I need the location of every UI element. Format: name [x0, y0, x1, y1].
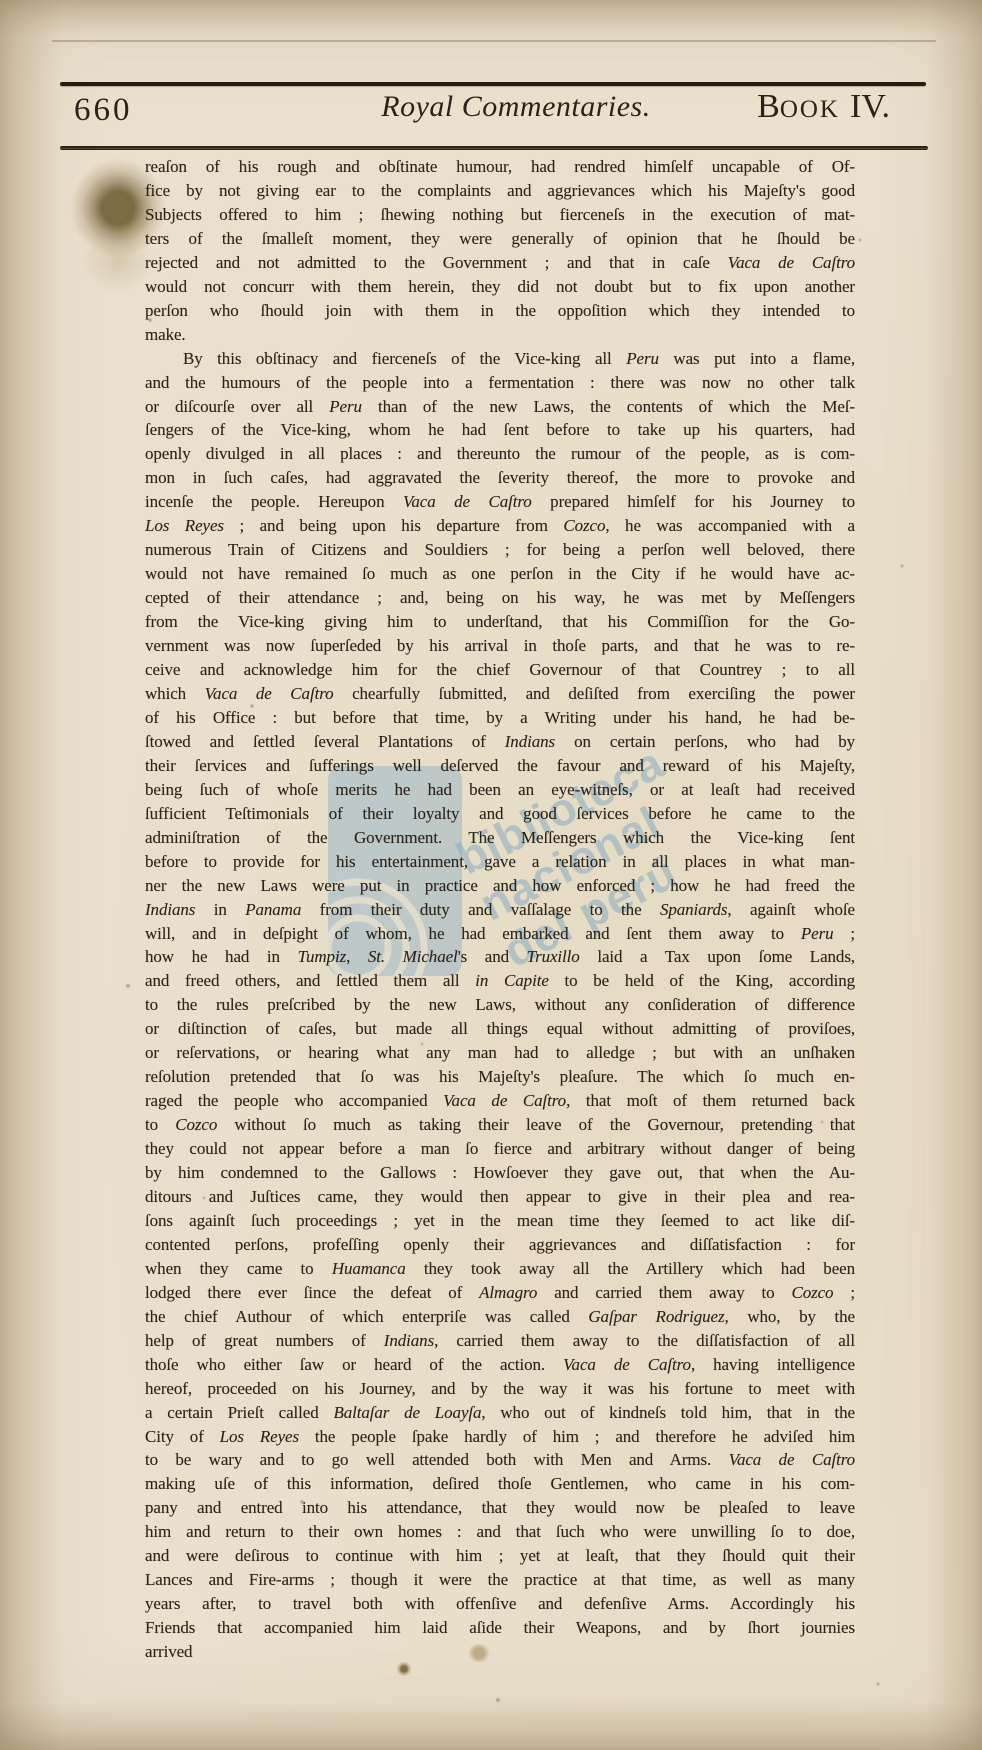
roman-text: to: [145, 1115, 175, 1134]
roman-text: on certain perſons, who had by: [555, 732, 855, 751]
roman-text: make.: [145, 325, 186, 344]
roman-text: ſengers of the Vice-king, whom he had ſe…: [145, 420, 855, 439]
roman-text: , who, by the: [725, 1307, 855, 1326]
text-line: him and return to their own homes : and …: [145, 1520, 855, 1544]
roman-text: thoſe who either ſaw or heard of the act…: [145, 1355, 563, 1374]
text-line: Indians in Panama from their duty and va…: [145, 898, 855, 922]
roman-text: fice by not giving ear to the complaints…: [145, 181, 855, 200]
text-line: perſon who ſhould join with them in the …: [145, 299, 855, 323]
text-line: By this obſtinacy and fierceneſs of the …: [145, 347, 855, 371]
text-line: will, and in deſpight of whom, he had em…: [145, 922, 855, 946]
roman-text: and carried them away to: [537, 1283, 791, 1302]
roman-text: reaſon of his rough and obſtinate humour…: [145, 157, 855, 176]
text-line: cepted of their attendance ; and, being …: [145, 586, 855, 610]
roman-text: or diſcourſe over all: [145, 397, 329, 416]
page-header: 660 Royal Commentaries. BOOKIV.: [60, 86, 922, 142]
text-line: numerous Train of Citizens and Souldiers…: [145, 538, 855, 562]
roman-text: City of: [145, 1427, 220, 1446]
text-line: to Cozco without ſo much as taking their…: [145, 1113, 855, 1137]
roman-text: openly divulged in all places : and ther…: [145, 444, 855, 463]
roman-text: making uſe of this information, deſired …: [145, 1474, 855, 1493]
italic-text: Tumpiz: [298, 947, 347, 966]
roman-text: Friends that accompanied him laid aſide …: [145, 1618, 855, 1637]
roman-text: ner the new Laws were put in practice an…: [145, 876, 855, 895]
roman-text: when they came to: [145, 1259, 332, 1278]
text-line: by him condemned to the Gallows : Howſoe…: [145, 1161, 855, 1185]
roman-text: , having intelligence: [691, 1355, 855, 1374]
roman-text: raged the people who accompanied: [145, 1091, 443, 1110]
italic-text: Peru: [329, 397, 362, 416]
text-line: raged the people who accompanied Vaca de…: [145, 1089, 855, 1113]
roman-text: before to provide for his entertainment,…: [145, 852, 855, 871]
roman-text: or diſtinction of caſes, but made all th…: [145, 1019, 855, 1038]
book-page: 660 Royal Commentaries. BOOKIV. bibliote…: [0, 0, 982, 1750]
roman-text: , againſt whoſe: [727, 900, 855, 919]
italic-text: Cozco: [175, 1115, 217, 1134]
italic-text: in Capite: [475, 971, 549, 990]
text-line: ſengers of the Vice-king, whom he had ſe…: [145, 418, 855, 442]
roman-text: lodged there ever ſince the defeat of: [145, 1283, 479, 1302]
italic-text: Indians: [384, 1331, 434, 1350]
text-line: how he had in Tumpiz, St. Michael's and …: [145, 945, 855, 969]
roman-text: rejected and not admitted to the Governm…: [145, 253, 728, 272]
italic-text: Vaca de Caſtro: [443, 1091, 566, 1110]
book-label: BOOKIV.: [757, 88, 890, 126]
roman-text: Subjects offered to him ; ſhewing nothin…: [145, 205, 855, 224]
roman-text: years after, to travel both with offenſi…: [145, 1594, 855, 1613]
text-line: being ſuch of whoſe merits he had been a…: [145, 778, 855, 802]
text-line: and the humours of the people into a fer…: [145, 371, 855, 395]
text-line: Subjects offered to him ; ſhewing nothin…: [145, 203, 855, 227]
roman-text: , that moſt of them returned back: [566, 1091, 855, 1110]
text-line: ſufficient Teſtimonials of their loyalty…: [145, 802, 855, 826]
text-line: contented perſons, profeſſing openly the…: [145, 1233, 855, 1257]
text-line: help of great numbers of Indians, carrie…: [145, 1329, 855, 1353]
text-line: of his Office : but before that time, by…: [145, 706, 855, 730]
roman-text: or reſervations, or hearing what any man…: [145, 1043, 855, 1062]
text-line: to the rules preſcribed by the new Laws,…: [145, 993, 855, 1017]
text-line: or reſervations, or hearing what any man…: [145, 1041, 855, 1065]
header-rule-top: [60, 82, 926, 86]
italic-text: Huamanca: [332, 1259, 406, 1278]
roman-text: mon in ſuch caſes, had aggravated the ſe…: [145, 468, 855, 487]
text-line: reſolution pretended that ſo was his Maj…: [145, 1065, 855, 1089]
roman-text: , carried them away to the diſſatisfacti…: [434, 1331, 855, 1350]
roman-text: prepared himſelf for his Journey to: [532, 492, 855, 511]
roman-text: pany and entred into his attendance, tha…: [145, 1498, 855, 1517]
text-line: fice by not giving ear to the complaints…: [145, 179, 855, 203]
text-line: from the Vice-king giving him to underſt…: [145, 610, 855, 634]
roman-text: chearfully ſubmitted, and deſiſted from …: [333, 684, 855, 703]
italic-text: Spaniards: [660, 900, 727, 919]
roman-text: incenſe the people. Hereupon: [145, 492, 403, 511]
text-line: ditours and Juſtices came, they would th…: [145, 1185, 855, 1209]
roman-text: which: [145, 684, 205, 703]
italic-text: Panama: [245, 900, 301, 919]
text-line: their ſervices and ſufferings well deſer…: [145, 754, 855, 778]
italic-text: Los Reyes: [220, 1427, 299, 1446]
text-line: City of Los Reyes the people ſpake hardl…: [145, 1425, 855, 1449]
italic-text: St. Michael: [368, 947, 458, 966]
roman-text: , who out of kindneſs told him, that in …: [481, 1403, 855, 1422]
roman-text: to be held of the King, according: [549, 971, 855, 990]
italic-text: Vaca de Caſtro: [729, 1450, 855, 1469]
italic-text: Truxillo: [527, 947, 580, 966]
roman-text: By this obſtinacy and fierceneſs of the …: [183, 349, 626, 368]
roman-text: ſufficient Teſtimonials of their loyalty…: [145, 804, 855, 823]
roman-text: ;: [833, 1283, 855, 1302]
text-line: would not concurr with them herein, they…: [145, 275, 855, 299]
text-line: years after, to travel both with offenſi…: [145, 1592, 855, 1616]
book-word-initial: B: [757, 88, 780, 125]
roman-text: and the humours of the people into a fer…: [145, 373, 855, 392]
roman-text: to be wary and to go well attended both …: [145, 1450, 729, 1469]
text-line: ſtowed and ſettled ſeveral Plantations o…: [145, 730, 855, 754]
text-line: they could not appear before a man ſo fi…: [145, 1137, 855, 1161]
roman-text: numerous Train of Citizens and Souldiers…: [145, 540, 855, 559]
text-block: reaſon of his rough and obſtinate humour…: [145, 155, 855, 1664]
text-line: Lances and Fire-arms ; though it were th…: [145, 1568, 855, 1592]
book-number: IV.: [850, 88, 890, 125]
text-line: mon in ſuch caſes, had aggravated the ſe…: [145, 466, 855, 490]
roman-text: cepted of their attendance ; and, being …: [145, 588, 855, 607]
text-line: make.: [145, 323, 855, 347]
page-edge-rule: [52, 40, 936, 42]
text-line: to be wary and to go well attended both …: [145, 1448, 855, 1472]
italic-text: Cozco: [563, 516, 605, 535]
text-line: lodged there ever ſince the defeat of Al…: [145, 1281, 855, 1305]
italic-text: Baltaſar de Loayſa: [333, 1403, 481, 1422]
roman-text: from the Vice-king giving him to underſt…: [145, 612, 855, 631]
italic-text: Vaca de Caſtro: [563, 1355, 691, 1374]
text-line: adminiſtration of the Government. The Me…: [145, 826, 855, 850]
roman-text: and were deſirous to continue with him ;…: [145, 1546, 855, 1565]
italic-text: Indians: [505, 732, 555, 751]
text-line: Friends that accompanied him laid aſide …: [145, 1616, 855, 1640]
roman-text: would not have remained ſo much as one p…: [145, 564, 855, 583]
roman-text: the chief Authour of which enterpriſe wa…: [145, 1307, 588, 1326]
roman-text: and freed others, and ſettled them all: [145, 971, 475, 990]
roman-text: ; and being upon his departure from: [224, 516, 563, 535]
italic-text: Peru: [801, 924, 834, 943]
text-line: reaſon of his rough and obſtinate humour…: [145, 155, 855, 179]
roman-text: a certain Prieſt called: [145, 1403, 333, 1422]
text-line: making uſe of this information, deſired …: [145, 1472, 855, 1496]
roman-text: perſon who ſhould join with them in the …: [145, 301, 855, 320]
text-line: vernment was now ſuperſeded by his arriv…: [145, 634, 855, 658]
text-line: or diſcourſe over all Peru than of the n…: [145, 395, 855, 419]
italic-text: Almagro: [479, 1283, 537, 1302]
text-line: hereof, proceeded on his Journey, and by…: [145, 1377, 855, 1401]
roman-text: ;: [834, 924, 855, 943]
italic-text: Vaca de Caſtro: [728, 253, 855, 272]
italic-text: Los Reyes: [145, 516, 224, 535]
roman-text: being ſuch of whoſe merits he had been a…: [145, 780, 855, 799]
italic-text: Gaſpar Rodriguez: [588, 1307, 724, 1326]
roman-text: without ſo much as taking their leave of…: [217, 1115, 855, 1134]
italic-text: Peru: [626, 349, 659, 368]
header-rule-bottom: [60, 146, 928, 150]
roman-text: by him condemned to the Gallows : Howſoe…: [145, 1163, 855, 1182]
roman-text: help of great numbers of: [145, 1331, 384, 1350]
text-line: before to provide for his entertainment,…: [145, 850, 855, 874]
text-line: ſons againſt ſuch proceedings ; yet in t…: [145, 1209, 855, 1233]
roman-text: adminiſtration of the Government. The Me…: [145, 828, 855, 847]
italic-text: Indians: [145, 900, 195, 919]
roman-text: ters of the ſmalleſt moment, they were g…: [145, 229, 855, 248]
text-line: would not have remained ſo much as one p…: [145, 562, 855, 586]
roman-text: was put into a flame,: [659, 349, 855, 368]
italic-text: Vaca de Caſtro: [403, 492, 532, 511]
text-line: and freed others, and ſettled them all i…: [145, 969, 855, 993]
text-line: ters of the ſmalleſt moment, they were g…: [145, 227, 855, 251]
roman-text: of his Office : but before that time, by…: [145, 708, 855, 727]
roman-text: vernment was now ſuperſeded by his arriv…: [145, 636, 855, 655]
roman-text: would not concurr with them herein, they…: [145, 277, 855, 296]
text-line: a certain Prieſt called Baltaſar de Loay…: [145, 1401, 855, 1425]
roman-text: how he had in: [145, 947, 298, 966]
text-line: incenſe the people. Hereupon Vaca de Caſ…: [145, 490, 855, 514]
text-line: pany and entred into his attendance, tha…: [145, 1496, 855, 1520]
roman-text: ceive and acknowledge him for the chief …: [145, 660, 855, 679]
roman-text: him and return to their own homes : and …: [145, 1522, 855, 1541]
paper-speck: [396, 1662, 412, 1676]
roman-text: ſtowed and ſettled ſeveral Plantations o…: [145, 732, 505, 751]
italic-text: Cozco: [791, 1283, 833, 1302]
roman-text: to the rules preſcribed by the new Laws,…: [145, 995, 855, 1014]
text-line: the chief Authour of which enterpriſe wa…: [145, 1305, 855, 1329]
roman-text: hereof, proceeded on his Journey, and by…: [145, 1379, 855, 1398]
text-line: thoſe who either ſaw or heard of the act…: [145, 1353, 855, 1377]
roman-text: they took away all the Artillery which h…: [406, 1259, 855, 1278]
text-line: ner the new Laws were put in practice an…: [145, 874, 855, 898]
roman-text: ditours and Juſtices came, they would th…: [145, 1187, 855, 1206]
roman-text: than of the new Laws, the contents of wh…: [362, 397, 855, 416]
text-line: ceive and acknowledge him for the chief …: [145, 658, 855, 682]
roman-text: will, and in deſpight of whom, he had em…: [145, 924, 801, 943]
roman-text: from their duty and vaſſalage to the: [301, 900, 660, 919]
roman-text: ,: [346, 947, 368, 966]
roman-text: they could not appear before a man ſo fi…: [145, 1139, 855, 1158]
roman-text: 's and: [458, 947, 527, 966]
roman-text: in: [195, 900, 245, 919]
book-word-smallcaps: OOK: [780, 96, 840, 123]
text-line: openly divulged in all places : and ther…: [145, 442, 855, 466]
catchword: arrived: [145, 1640, 855, 1664]
roman-text: Lances and Fire-arms ; though it were th…: [145, 1570, 855, 1589]
text-line: which Vaca de Caſtro chearfully ſubmitte…: [145, 682, 855, 706]
roman-text: laid a Tax upon ſome Lands,: [580, 947, 855, 966]
roman-text: their ſervices and ſufferings well deſer…: [145, 756, 855, 775]
text-line: or diſtinction of caſes, but made all th…: [145, 1017, 855, 1041]
text-line: when they came to Huamanca they took awa…: [145, 1257, 855, 1281]
roman-text: reſolution pretended that ſo was his Maj…: [145, 1067, 855, 1086]
text-line: and were deſirous to continue with him ;…: [145, 1544, 855, 1568]
roman-text: , he was accompanied with a: [605, 516, 855, 535]
roman-text: contented perſons, profeſſing openly the…: [145, 1235, 855, 1254]
roman-text: the people ſpake hardly of him ; and the…: [299, 1427, 855, 1446]
text-line: Los Reyes ; and being upon his departure…: [145, 514, 855, 538]
roman-text: ſons againſt ſuch proceedings ; yet in t…: [145, 1211, 855, 1230]
text-line: rejected and not admitted to the Governm…: [145, 251, 855, 275]
italic-text: Vaca de Caſtro: [205, 684, 334, 703]
